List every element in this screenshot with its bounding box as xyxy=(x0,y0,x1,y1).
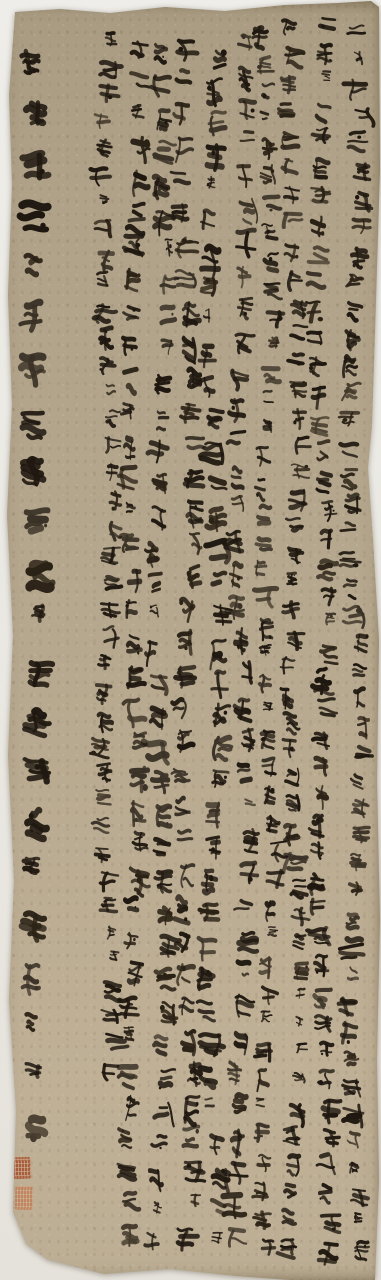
calligraphy-char xyxy=(103,380,121,403)
calligraphy-char xyxy=(103,572,124,594)
calligraphy-char xyxy=(203,506,228,536)
calligraphy-char xyxy=(263,814,282,836)
calligraphy-char xyxy=(343,271,368,292)
calligraphy-char xyxy=(149,1199,162,1214)
calligraphy-char xyxy=(340,76,372,107)
calligraphy-char xyxy=(306,813,328,839)
calligraphy-char xyxy=(316,527,337,554)
calligraphy-char xyxy=(340,352,359,379)
calligraphy-char xyxy=(205,109,228,140)
calligraphy-char xyxy=(232,625,251,658)
calligraphy-char xyxy=(100,599,123,620)
calligraphy-char xyxy=(108,949,120,961)
calligraphy-char xyxy=(181,465,207,492)
calligraphy-char xyxy=(314,1152,338,1177)
calligraphy-char xyxy=(310,215,329,242)
calligraphy-char xyxy=(146,570,165,603)
calligraphy-char xyxy=(173,794,192,825)
calligraphy-char xyxy=(22,856,42,877)
calligraphy-char xyxy=(281,628,306,652)
calligraphy-char xyxy=(345,851,369,873)
calligraphy-char xyxy=(282,791,304,814)
calligraphy-char xyxy=(225,363,252,395)
calligraphy-char xyxy=(127,827,150,854)
calligraphy-char xyxy=(277,654,302,677)
calligraphy-char xyxy=(103,434,123,457)
calligraphy-char xyxy=(240,726,260,754)
calligraphy-char xyxy=(355,715,372,741)
calligraphy-char xyxy=(280,16,301,39)
calligraphy-char xyxy=(130,728,151,756)
calligraphy-char xyxy=(253,532,278,558)
calligraphy-char xyxy=(286,905,312,927)
calligraphy-char xyxy=(95,708,115,736)
calligraphy-char xyxy=(120,300,146,328)
calligraphy-char xyxy=(253,53,277,76)
calligraphy-char xyxy=(145,435,173,465)
calligraphy-char xyxy=(294,1043,310,1056)
calligraphy-char xyxy=(125,958,146,988)
calligraphy-char xyxy=(226,1225,250,1252)
calligraphy-char xyxy=(172,827,196,854)
calligraphy-char xyxy=(146,1165,166,1197)
calligraphy-char xyxy=(95,624,124,652)
calligraphy-char xyxy=(344,1129,363,1152)
calligraphy-char xyxy=(238,858,260,885)
calligraphy-char xyxy=(292,1070,307,1084)
calligraphy-char xyxy=(16,405,49,443)
calligraphy-char xyxy=(311,954,330,980)
calligraphy-char xyxy=(250,1209,275,1232)
calligraphy-char xyxy=(255,445,273,469)
calligraphy-char xyxy=(94,651,115,672)
calligraphy-char xyxy=(255,1234,281,1261)
calligraphy-char xyxy=(230,328,257,358)
calligraphy-char xyxy=(258,110,269,127)
calligraphy-char xyxy=(158,933,183,960)
calligraphy-char xyxy=(286,376,309,404)
calligraphy-char xyxy=(129,167,152,200)
calligraphy-char xyxy=(312,1012,335,1037)
calligraphy-char xyxy=(22,755,54,786)
calligraphy-char xyxy=(205,834,224,861)
calligraphy-char xyxy=(278,684,296,713)
calligraphy-char xyxy=(225,1059,244,1088)
calligraphy-char xyxy=(207,700,233,733)
calligraphy-char xyxy=(181,1125,202,1157)
calligraphy-char xyxy=(282,764,302,790)
calligraphy-char xyxy=(149,39,171,69)
artist-seal-2 xyxy=(15,1186,34,1210)
calligraphy-char xyxy=(310,125,335,147)
calligraphy-char xyxy=(127,863,153,897)
calligraphy-char xyxy=(261,700,273,713)
calligraphy-char xyxy=(284,544,303,565)
calligraphy-char xyxy=(178,298,205,333)
calligraphy-char xyxy=(341,1076,362,1101)
calligraphy-char xyxy=(227,1126,249,1161)
calligraphy-char xyxy=(97,326,117,353)
calligraphy-char xyxy=(229,493,245,513)
calligraphy-char xyxy=(335,992,361,1021)
calligraphy-char xyxy=(16,349,50,389)
calligraphy-char xyxy=(209,767,232,793)
calligraphy-char xyxy=(279,736,298,761)
calligraphy-char xyxy=(114,1157,139,1184)
calligraphy-char xyxy=(309,183,334,206)
calligraphy-char xyxy=(173,233,202,261)
calligraphy-char xyxy=(236,63,256,91)
calligraphy-char xyxy=(121,233,147,259)
calligraphy-char xyxy=(347,660,369,681)
calligraphy-char xyxy=(291,432,314,457)
calligraphy-char xyxy=(149,833,173,863)
calligraphy-char xyxy=(259,897,281,926)
calligraphy-char xyxy=(89,217,115,240)
calligraphy-char xyxy=(156,901,177,931)
calligraphy-char xyxy=(124,498,138,519)
calligraphy-char xyxy=(153,800,175,830)
calligraphy-char xyxy=(315,469,336,496)
calligraphy-char xyxy=(121,432,139,466)
calligraphy-char xyxy=(98,1059,123,1084)
calligraphy-char xyxy=(126,664,148,692)
calligraphy-char xyxy=(95,58,125,84)
calligraphy-char xyxy=(349,796,371,821)
calligraphy-char xyxy=(151,471,170,496)
calligraphy-char xyxy=(175,1224,202,1254)
calligraphy-char xyxy=(310,753,332,781)
calligraphy-char xyxy=(150,868,175,896)
calligraphy-char xyxy=(236,31,256,56)
calligraphy-char xyxy=(350,823,373,845)
calligraphy-char xyxy=(225,428,250,457)
calligraphy-char xyxy=(338,380,365,404)
calligraphy-char xyxy=(279,154,300,178)
calligraphy-char xyxy=(205,637,230,672)
calligraphy-char xyxy=(150,965,179,995)
calligraphy-char xyxy=(207,1162,233,1197)
calligraphy-char xyxy=(205,175,218,191)
calligraphy-char xyxy=(104,923,119,940)
calligraphy-char xyxy=(127,763,152,797)
calligraphy-char xyxy=(340,576,365,603)
calligraphy-char xyxy=(280,709,302,737)
calligraphy-char xyxy=(310,727,332,751)
calligraphy-char xyxy=(339,601,371,632)
calligraphy-char xyxy=(290,407,308,433)
calligraphy-char xyxy=(185,497,206,530)
calligraphy-char xyxy=(204,405,225,433)
calligraphy-char xyxy=(207,44,234,77)
calligraphy-char xyxy=(345,878,364,899)
calligraphy-char xyxy=(341,327,362,354)
calligraphy-char xyxy=(268,336,281,350)
calligraphy-char xyxy=(22,250,47,284)
calligraphy-char xyxy=(280,1153,304,1180)
calligraphy-char xyxy=(228,1090,249,1120)
calligraphy-char xyxy=(242,794,256,811)
calligraphy-char xyxy=(188,1193,203,1209)
calligraphy-char xyxy=(289,931,308,951)
calligraphy-char xyxy=(315,556,339,583)
calligraphy-char xyxy=(337,438,361,462)
calligraphy-char xyxy=(260,784,280,808)
calligraphy-char xyxy=(120,1224,142,1251)
calligraphy-char xyxy=(351,1210,363,1225)
calligraphy-char xyxy=(317,1211,343,1236)
calligraphy-char xyxy=(253,503,275,532)
calligraphy-char xyxy=(316,1181,335,1208)
calligraphy-char xyxy=(170,662,200,691)
scroll-paper-wrap: 環滁皆山也其西南諸峰林壑尤美望之蔚然而深秀者琅琊也山行六七里漸聞水聲潺潺而瀉出於… xyxy=(0,0,381,1280)
calligraphy-char xyxy=(183,365,203,394)
calligraphy-char xyxy=(171,98,192,128)
calligraphy-char xyxy=(275,99,297,123)
calligraphy-char xyxy=(130,103,146,121)
calligraphy-char xyxy=(103,461,121,482)
calligraphy-char xyxy=(152,206,177,239)
calligraphy-char xyxy=(212,602,236,629)
calligraphy-char xyxy=(92,272,109,289)
calligraphy-char xyxy=(342,1047,363,1070)
calligraphy-char xyxy=(170,695,192,723)
calligraphy-char xyxy=(143,669,171,699)
calligraphy-char xyxy=(282,240,301,265)
calligraphy-char xyxy=(259,982,282,1009)
calligraphy-char xyxy=(183,564,204,593)
calligraphy-char xyxy=(259,163,277,187)
calligraphy-char xyxy=(121,1190,142,1214)
calligraphy-char xyxy=(344,962,363,990)
calligraphy-char xyxy=(350,188,376,217)
calligraphy-char xyxy=(104,518,130,545)
calligraphy-char xyxy=(289,461,312,482)
calligraphy-char xyxy=(348,769,369,794)
calligraphy-char xyxy=(230,1025,253,1059)
calligraphy-char xyxy=(99,193,110,206)
calligraphy-char xyxy=(178,399,202,426)
calligraphy-char xyxy=(19,47,43,79)
calligraphy-char xyxy=(18,910,51,944)
calligraphy-char xyxy=(97,82,122,104)
calligraphy-char xyxy=(92,681,113,706)
calligraphy-char xyxy=(236,127,260,153)
calligraphy-char xyxy=(97,868,122,893)
calligraphy-char xyxy=(257,643,273,657)
calligraphy-char xyxy=(20,504,53,543)
calligraphy-char xyxy=(89,301,119,328)
calligraphy-char xyxy=(203,538,235,571)
calligraphy-char xyxy=(123,929,142,954)
calligraphy-char xyxy=(284,570,299,587)
calligraphy-char xyxy=(232,228,259,262)
calligraphy-char xyxy=(159,336,174,356)
calligraphy-char xyxy=(152,1032,173,1057)
calligraphy-char xyxy=(155,998,181,1029)
calligraphy-char xyxy=(317,14,342,38)
calligraphy-char xyxy=(255,1096,267,1110)
calligraphy-char xyxy=(337,408,361,429)
calligraphy-char xyxy=(352,1238,372,1262)
calligraphy-char xyxy=(151,138,179,166)
calligraphy-char xyxy=(257,757,281,781)
calligraphy-char xyxy=(348,1158,360,1174)
calligraphy-char xyxy=(150,1099,177,1131)
calligraphy-char xyxy=(102,408,122,430)
calligraphy-char xyxy=(261,248,282,276)
calligraphy-char xyxy=(310,667,338,698)
calligraphy-char xyxy=(121,1091,141,1123)
calligraphy-char xyxy=(174,65,196,92)
calligraphy-char xyxy=(126,564,146,598)
calligraphy-char xyxy=(232,893,259,922)
calligraphy-char xyxy=(197,1031,228,1060)
calligraphy-char xyxy=(148,1131,175,1161)
calligraphy-char xyxy=(234,957,257,987)
calligraphy-char xyxy=(309,840,328,861)
calligraphy-char xyxy=(24,809,51,844)
calligraphy-char xyxy=(258,671,278,694)
calligraphy-char xyxy=(150,170,176,204)
calligraphy-char xyxy=(18,452,48,487)
calligraphy-char xyxy=(123,597,141,621)
calligraphy-char xyxy=(347,1185,373,1210)
calligraphy-char xyxy=(260,1010,276,1025)
calligraphy-char xyxy=(345,298,365,324)
calligraphy-char xyxy=(351,160,373,184)
calligraphy-char xyxy=(127,134,154,166)
calligraphy-char xyxy=(195,996,221,1026)
calligraphy-char xyxy=(95,353,121,377)
calligraphy-char xyxy=(258,363,283,391)
scroll-paper: 環滁皆山也其西南諸峰林壑尤美望之蔚然而深秀者琅琊也山行六七里漸聞水聲潺潺而瀉出於… xyxy=(0,0,381,1280)
calligraphy-char xyxy=(26,657,56,692)
calligraphy-char xyxy=(283,268,307,294)
calligraphy-char xyxy=(351,214,374,236)
calligraphy-char xyxy=(345,22,370,45)
calligraphy-char xyxy=(262,278,285,302)
calligraphy-char xyxy=(295,1013,307,1028)
calligraphy-char xyxy=(317,1097,344,1129)
calligraphy-char xyxy=(318,640,341,670)
calligraphy-char xyxy=(316,1239,340,1269)
calligraphy-char xyxy=(118,332,139,359)
calligraphy-char xyxy=(261,838,292,865)
calligraphy-char xyxy=(103,1030,132,1057)
calligraphy-char xyxy=(313,440,332,469)
calligraphy-char xyxy=(93,843,112,865)
calligraphy-char xyxy=(122,628,145,662)
calligraphy-char xyxy=(176,594,201,627)
calligraphy-char xyxy=(186,1059,206,1091)
calligraphy-char xyxy=(148,702,169,733)
calligraphy-char xyxy=(278,73,298,96)
calligraphy-char xyxy=(279,1125,304,1149)
artist-seal-1 xyxy=(13,1157,32,1180)
calligraphy-char xyxy=(29,602,47,623)
calligraphy-char xyxy=(17,300,44,335)
calligraphy-char xyxy=(251,558,269,580)
calligraphy-char xyxy=(203,141,228,175)
calligraphy-char xyxy=(101,977,127,1004)
calligraphy-char xyxy=(320,1127,341,1151)
calligraphy-char xyxy=(346,131,371,154)
calligraphy-char xyxy=(317,500,340,523)
calligraphy-char xyxy=(21,554,57,599)
calligraphy-char xyxy=(251,474,272,503)
calligraphy-char xyxy=(289,876,311,903)
calligraphy-char xyxy=(146,603,162,618)
calligraphy-char xyxy=(197,899,222,925)
calligraphy-char xyxy=(173,726,197,755)
calligraphy-char xyxy=(21,1111,50,1150)
calligraphy-char xyxy=(157,303,182,337)
calligraphy-char xyxy=(102,30,120,51)
calligraphy-char xyxy=(265,867,287,892)
calligraphy-char xyxy=(87,735,113,759)
calligraphy-char xyxy=(260,221,279,244)
calligraphy-char xyxy=(319,69,334,83)
calligraphy-char xyxy=(323,611,338,626)
calligraphy-char xyxy=(89,816,114,838)
calligraphy-char xyxy=(265,306,290,331)
calligraphy-char xyxy=(128,797,148,830)
calligraphy-char xyxy=(305,241,336,271)
calligraphy-char xyxy=(179,1093,202,1126)
calligraphy-char xyxy=(95,760,115,785)
calligraphy-char xyxy=(258,135,281,164)
calligraphy-char xyxy=(123,894,143,923)
calligraphy-char xyxy=(154,1065,179,1095)
calligraphy-char xyxy=(310,154,333,183)
calligraphy-char xyxy=(315,1067,337,1091)
calligraphy-char xyxy=(152,406,171,438)
calligraphy-char xyxy=(209,734,236,765)
calligraphy-char xyxy=(283,514,310,539)
calligraphy-char xyxy=(18,148,56,186)
calligraphy-char xyxy=(231,991,258,1020)
calligraphy-char xyxy=(194,931,222,965)
calligraphy-char xyxy=(349,245,369,272)
calligraphy-char xyxy=(123,266,143,293)
calligraphy-char xyxy=(93,786,114,809)
calligraphy-char xyxy=(313,697,340,723)
calligraphy-char xyxy=(232,693,257,727)
calligraphy-char xyxy=(208,1197,234,1224)
calligraphy-char xyxy=(286,487,313,517)
calligraphy-char xyxy=(118,364,145,401)
calligraphy-char xyxy=(94,138,115,158)
calligraphy-char xyxy=(174,627,199,657)
calligraphy-char xyxy=(282,45,307,70)
calligraphy-char xyxy=(311,783,329,812)
calligraphy-char xyxy=(158,272,181,298)
calligraphy-char xyxy=(351,743,375,767)
calligraphy-char xyxy=(204,1097,216,1115)
calligraphy-char xyxy=(99,545,122,567)
calligraphy-char xyxy=(126,37,152,64)
calligraphy-char xyxy=(97,895,118,915)
calligraphy-char xyxy=(319,583,338,610)
calligraphy-char xyxy=(257,726,280,751)
calligraphy-char xyxy=(234,926,261,957)
calligraphy-char xyxy=(262,417,275,434)
calligraphy-char xyxy=(316,42,335,66)
calligraphy-char xyxy=(238,827,263,856)
calligraphy-char xyxy=(98,1005,123,1026)
calligraphy-char xyxy=(236,760,255,790)
